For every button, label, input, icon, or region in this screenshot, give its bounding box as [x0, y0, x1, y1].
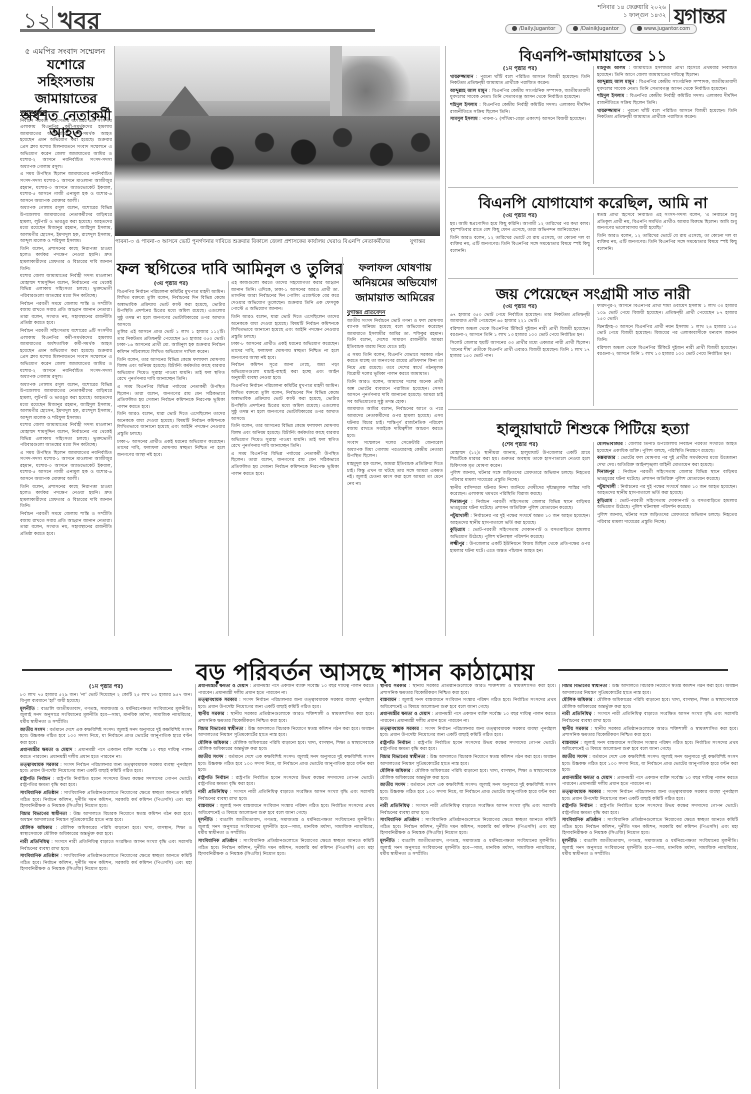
- story-headline: ফলাফল ঘোষণায় অনিয়মের অভিযোগ জামায়াত আ…: [345, 261, 445, 306]
- paragraph: বিচার বিভাগের স্বাধীনতা : উচ্চ আদালতে বি…: [198, 727, 374, 740]
- paragraph: নির্বাচন কমিশন সূত্রে জানা গেছে, জমা পড়…: [231, 363, 339, 383]
- byline: যশোর ব্যুরো: [20, 110, 112, 117]
- masthead: ১২ খবর শনিবার ১৪ ফেব্রুয়ারি ২০২৬ ১ ফাল্…: [0, 0, 751, 36]
- story-divider: [448, 409, 738, 410]
- paragraph-lead: নারী প্রতিনিধিত্ব: [562, 712, 592, 717]
- paragraph-text: পাবনা-১ (সাঁথিয়া-বেড়া একাংশ) আসনে বিজয…: [482, 117, 586, 122]
- right-story-2-col-2: স্বতন্ত্র প্রার্থী হিসেবে নির্বাচিত এই স…: [597, 213, 737, 275]
- paragraph: অধ্যাপক গোলাম রসুল বলেন, যশোরের বিভিন্ন …: [20, 383, 112, 423]
- paragraph: তত্ত্বাবধায়ক সরকার : সংসদ নির্বাচন পরিচ…: [380, 727, 556, 740]
- paragraph: ঝিনাইদহ-৩ আসনে বিএনপির প্রার্থী নয়ন ইসল…: [597, 325, 737, 345]
- paragraph-lead: স্থানীয় সরকার: [562, 727, 588, 732]
- paragraph: মূলনীতি : বাঙালি জাতীয়তাবাদ, গণতন্ত্র, …: [198, 818, 374, 838]
- story-divider: [448, 187, 738, 188]
- paragraph-lead: শহিদুল ইসলাম: [450, 103, 477, 108]
- paragraph: শহিদুল ইসলাম : বিএনপির কেন্দ্রীয় নির্বা…: [450, 103, 590, 116]
- paragraph-text: উপজেলার একটি ইউনিয়নে বিজয় মিছিল থেকে প…: [450, 542, 590, 554]
- paragraph: সাংবিধানিক প্রতিষ্ঠান : সাংবিধানিক প্রতি…: [20, 791, 192, 811]
- continued-label: (শেষ পৃষ্ঠার পর): [450, 442, 590, 449]
- header-rule: [20, 29, 375, 32]
- paragraph-lead: পটুয়াখালী: [597, 485, 616, 490]
- continued-label: (৩য় পৃষ্ঠার পর): [450, 213, 590, 220]
- paragraph: মৌলিক অধিকার : মৌলিক অধিকারের পরিধি বাড়…: [380, 769, 556, 782]
- paragraph: বিচার বিভাগের স্বাধীনতা : উচ্চ আদালতে বি…: [380, 755, 556, 768]
- paragraph: আব্দুল্লাহ আল মামুন : বিএনপির কেন্দ্রীয়…: [450, 89, 590, 102]
- paragraph-lead: বাস্তবায়ন: [198, 804, 215, 809]
- paragraph-text: স্থানীয় সরকার প্রতিষ্ঠানগুলোকে আরও শক্ত…: [562, 727, 738, 739]
- section-title: খবর: [58, 3, 100, 43]
- paragraph-text: বাঙালি জাতীয়তাবাদ, গণতন্ত্র, সমাজতন্ত্র…: [20, 707, 192, 725]
- paragraph-lead: লক্ষ্মীপুর: [450, 542, 464, 547]
- paragraph-text: জুলাই সনদ বাস্তবায়নে সংবিধান সংস্কার পর…: [198, 804, 374, 816]
- paragraph: কক্সবাজার : ভোটের ফল ঘোষণার পর দুই প্রার…: [597, 456, 737, 469]
- paragraph: পুলিশ জানায়, ঘটনার সঙ্গে জড়িতদের গ্রেফ…: [597, 513, 737, 526]
- paragraph-lead: তত্ত্বাবধায়ক সরকার: [562, 790, 601, 795]
- paragraph: স্থানীয় সরকার : স্থানীয় সরকার প্রতিষ্ঠ…: [380, 684, 556, 697]
- paragraph-lead: রাষ্ট্রপতি নির্বাচন: [562, 804, 593, 809]
- paragraph: বিএনপির নির্বাচন পরিচালনা কমিটির মুখপাত্…: [231, 384, 339, 424]
- paragraph-text: ভোট-পরবর্তী সহিংসতায় দোকানপাট ও বসতবাড়…: [597, 499, 737, 511]
- right-story-4-col-1: (শেষ পৃষ্ঠার পর) মোহাম্মদ (১২)। স্থানীয়…: [450, 442, 590, 636]
- paragraph: নারী প্রতিনিধিত্ব : সংসদে নারী প্রতিনিধি…: [380, 804, 556, 817]
- paragraph: মাহমুদুল হক বলেন, আমরা ইতিবাচক প্রতিক্রি…: [347, 462, 443, 488]
- paragraph: রাষ্ট্রপতি নির্বাচন : রাষ্ট্রপতি নির্বাচ…: [198, 776, 374, 789]
- paragraph-text: স্থানীয় সরকার প্রতিষ্ঠানগুলোকে আরও শক্ত…: [198, 712, 374, 724]
- twitter-icon: [512, 26, 517, 31]
- paragraph: স্থানীয় সরকার : স্থানীয় সরকার প্রতিষ্ঠ…: [562, 727, 738, 740]
- left-story-body: যশোর ব্যুরো নির্বাচন পরবর্তী সহিংসতায় য…: [20, 110, 112, 632]
- paragraph: রাষ্ট্রপতি নির্বাচন : রাষ্ট্রপতি নির্বাচ…: [20, 777, 192, 790]
- paragraph: সামসুল ইসলাম : পাবনা-১ (সাঁথিয়া-বেড়া এ…: [450, 117, 590, 124]
- right-story-1-col-1: (১ম পৃষ্ঠার পর) খায়রুজ্জামান : পুরনো ঘা…: [450, 66, 590, 184]
- paragraph: নারী প্রতিনিধিত্ব : সংসদে নারী প্রতিনিধি…: [562, 712, 738, 725]
- paragraph: বাস্তবায়ন : জুলাই সনদ বাস্তবায়নে সংবিধ…: [198, 804, 374, 817]
- continued-label: (৩য় পৃষ্ঠার পর): [117, 281, 225, 288]
- social-label: /Daily.Jugantor: [519, 26, 555, 32]
- paragraph: প্রধানমন্ত্রীর ক্ষমতা ও মেয়াদ : প্রধানম…: [562, 776, 738, 789]
- paragraph: পটুয়াখালী : নির্বাচনের পর দুই পক্ষের সং…: [597, 485, 737, 498]
- paragraph: জাতীয় সংসদ : বর্তমানে দেশে এক কক্ষবিশিষ…: [380, 783, 556, 803]
- paragraph: বরিশাল অঞ্চল থেকে বিএনপির টিকিটে দুইজন ন…: [450, 327, 590, 340]
- paragraph-lead: তত্ত্বাবধায়ক সরকার: [380, 727, 419, 732]
- paragraph-lead: মূলনীতি: [20, 707, 35, 712]
- paragraph-lead: জাতীয় সংসদ: [20, 728, 45, 733]
- paragraph: দিনাজপুর : নির্বাচন পরবর্তী সহিংসতায় জে…: [597, 470, 737, 483]
- paragraph: নির্বাচন পরবর্তী সময়ে জেলায় শান্তি ও স…: [20, 512, 112, 538]
- paragraph: নারী প্রতিনিধিত্ব : সংসদে নারী প্রতিনিধি…: [198, 790, 374, 803]
- paragraph: সিলেট জেলার ছয়টি আসনের ৩৩ প্রার্থীর মধ্…: [450, 341, 590, 361]
- paragraph: মূলনীতি : বাঙালি জাতীয়তাবাদ, গণতন্ত্র, …: [380, 839, 556, 859]
- paragraph: এ সময় বিএনপির বিভিন্ন পর্যায়ের নেতাকর্…: [117, 385, 225, 411]
- photo-credit: যুগান্তর: [410, 239, 425, 247]
- paragraph-lead: মৌলিক অধিকার: [380, 769, 410, 774]
- paragraph: যশোর জেলা জামায়াতের নির্বাহী সদস্য মাওল…: [20, 423, 112, 449]
- paragraph: মাহফুজ আলম : জামায়াতে ইসলামীর প্রার্থী …: [597, 66, 737, 79]
- paragraph-lead: মূলনীতি: [562, 839, 577, 844]
- paragraph-lead: রাষ্ট্রপতি নির্বাচন: [20, 777, 50, 782]
- paragraph-lead: রাষ্ট্রপতি নির্বাচন: [380, 741, 411, 746]
- divider: [52, 6, 53, 28]
- paragraph-lead: সাংবিধানিক প্রতিষ্ঠান: [562, 818, 601, 823]
- column-divider: [228, 281, 229, 636]
- paragraph: দিনাজপুর : নির্বাচন পরবর্তী সহিংসতায় জে…: [450, 500, 590, 513]
- paragraph-lead: খায়রুজ্জামান: [450, 75, 473, 80]
- date-block: শনিবার ১৪ ফেব্রুয়ারি ২০২৬ ১ ফাল্গুন ১৪৩…: [560, 4, 666, 20]
- paragraph: অধ্যাপক গোলাম রসুল বলেন, যশোরের বিভিন্ন …: [20, 206, 112, 246]
- paragraph: তিনি আরও বলেন, যারা ভোট দিতে এসেছিলেন তা…: [231, 315, 339, 341]
- paragraph: প্রধানমন্ত্রীর ক্ষমতা ও মেয়াদ : প্রধানম…: [380, 712, 556, 725]
- column-divider: [377, 684, 378, 1089]
- column-divider: [593, 213, 594, 275]
- paragraph: রাষ্ট্রপতি নির্বাচন : রাষ্ট্রপতি নির্বাচ…: [562, 804, 738, 817]
- paragraph-text: জুলাই সনদ বাস্তবায়নে সংবিধান সংস্কার পর…: [562, 741, 738, 753]
- paragraph-lead: বিচার বিভাগের স্বাধীনতা: [562, 684, 607, 689]
- paragraph-text: বর্তমানে দেশে এক কক্ষবিশিষ্ট সংসদ। জুলাই…: [562, 755, 738, 773]
- column-divider: [195, 684, 196, 1089]
- paragraph-lead: মাহফুজ আলম: [597, 66, 625, 71]
- jamaat-story-body: যুগান্তর প্রতিবেদন জাতীয় সংসদ নির্বাচনে…: [347, 310, 443, 636]
- paragraph: মোহাম্মদ (১২)। স্থানীয়রা জানায়, হালুয়…: [450, 451, 590, 471]
- paragraph-lead: সামসুল ইসলাম: [450, 117, 478, 122]
- column-divider: [559, 684, 560, 1089]
- column-divider: [593, 442, 594, 636]
- paragraph-lead: কুড়িগ্রাম: [597, 499, 612, 504]
- bottom-story-col-3: স্থানীয় সরকার : স্থানীয় সরকার প্রতিষ্ঠ…: [380, 684, 556, 1089]
- paragraph-lead: রাষ্ট্রপতি নির্বাচন: [198, 776, 229, 781]
- social-label: www.jugantor.com: [644, 26, 690, 32]
- story-headline: হালুয়াঘাটে শিশুকে পিটিয়ে হত্যা: [448, 418, 738, 443]
- paragraph: ফরিদপুর-২ আসনে বিএনপির প্রার্থী শামা ওবা…: [597, 304, 737, 324]
- paragraph: তুলির এই আসনে প্রাপ্ত ভোট ১ লাখ ১ হাজার …: [117, 330, 225, 356]
- paragraph: এই কাজগুলো করতে তাদের সহযোগিতা করার আহ্ব…: [231, 281, 339, 314]
- paragraph: নির্বাচন পরবর্তী সহিংসতায় যশোরের ৬টি সং…: [20, 119, 112, 172]
- paragraph: স্থানীয় বাসিন্দারা ঘটনার নিন্দা জানিয়ে…: [450, 486, 590, 499]
- headline-rule: [558, 669, 728, 671]
- news-photo: [115, 46, 440, 236]
- paragraph-text: ভোটের ফল ঘোষণার পর দুই প্রার্থীর সমর্থকদ…: [597, 456, 737, 468]
- paragraph: মৌলিক অধিকার : মৌলিক অধিকারের পরিধি বাড়…: [20, 826, 192, 839]
- paragraph-lead: বাস্তবায়ন: [562, 741, 579, 746]
- paragraph: ঢাকা-৮ আসনের প্রার্থীও একই ধরনের অভিযোগ …: [231, 342, 339, 362]
- story-headline: ফল স্থগিতের দাবি আমিনুল ও তুলির: [115, 257, 345, 283]
- paragraph: বিএনপির নির্বাচন পরিচালনা কমিটির মুখপাত্…: [117, 290, 225, 330]
- page-number: ১২: [23, 4, 52, 41]
- paragraph-lead: দিনাজপুর: [597, 470, 615, 475]
- paragraph: বরিশাল অঞ্চল থেকে বিএনপির টিকিটে দুইজন ন…: [597, 346, 737, 359]
- paragraph-lead: প্রধানমন্ত্রীর ক্ষমতা ও মেয়াদ: [198, 684, 248, 689]
- paragraph-lead: খায়রুজ্জামান: [597, 109, 620, 114]
- paragraph-lead: প্রধানমন্ত্রীর ক্ষমতা ও মেয়াদ: [20, 748, 72, 753]
- paragraph: খায়রুজ্জামান : পুরনো ঘাঁটি বলে পরিচিত আ…: [450, 75, 590, 88]
- right-story-4-col-2: মৌলভীবাজার : জেলার তিনটি উপজেলায় নির্বা…: [597, 442, 737, 636]
- paragraph: ৬৭ হাজার ৩৫০ ভোট পেয়ে নির্বাচিত হয়েছেন…: [450, 313, 590, 326]
- paragraph-lead: আব্দুল্লাহ আল মামুন: [597, 80, 634, 85]
- divider: [669, 4, 670, 22]
- paragraph-lead: দিনাজপুর: [450, 500, 468, 505]
- paragraph-lead: প্রধানমন্ত্রীর ক্ষমতা ও মেয়াদ: [562, 776, 612, 781]
- paragraph: তত্ত্বাবধায়ক সরকার : সংসদ নির্বাচন পরিচ…: [198, 698, 374, 711]
- paragraph-lead: সাংবিধানিক প্রতিষ্ঠান: [198, 839, 237, 844]
- paragraph-text: বর্তমানে দেশে এক কক্ষবিশিষ্ট সংসদ। জুলাই…: [198, 755, 374, 773]
- paragraph-lead: বাস্তবায়ন: [380, 698, 397, 703]
- paragraph: এ সময় উপস্থিত ছিলেন জামায়াতের নবনির্বা…: [20, 172, 112, 205]
- paragraph-lead: সাংবিধানিক প্রতিষ্ঠান: [20, 854, 59, 859]
- paragraph-text: বাঙালি জাতীয়তাবাদ, গণতন্ত্র, সমাজতন্ত্র…: [198, 818, 374, 836]
- continued-label: (১ম পৃষ্ঠার পর): [20, 684, 192, 691]
- paragraph-lead: বিচার বিভাগের স্বাধীনতা: [198, 727, 243, 732]
- paragraph: মূলনীতি : বাঙালি জাতীয়তাবাদ, গণতন্ত্র, …: [20, 707, 192, 727]
- paragraph: মৌলিক অধিকার : মৌলিক অধিকারের পরিধি বাড়…: [198, 741, 374, 754]
- paragraph: তিনি বলেন, প্রশাসনের কাছে নিরাপত্তা চাওয…: [20, 485, 112, 511]
- paragraph: প্রধানমন্ত্রীর ক্ষমতা ও মেয়াদ : প্রধানম…: [20, 748, 192, 761]
- paragraph: তত্ত্বাবধায়ক সরকার : সংসদ নির্বাচন পরিচ…: [20, 763, 192, 776]
- paragraph: তিনি বলেন, প্রশাসনের কাছে নিরাপত্তা চাওয…: [20, 247, 112, 273]
- paragraph: মৌলভীবাজার : জেলার তিনটি উপজেলায় নির্বা…: [597, 442, 737, 455]
- paragraph: শহিদুল ইসলাম : বিএনপির কেন্দ্রীয় নির্বা…: [597, 94, 737, 107]
- paragraph: তিনি বলেন, তার আসনের বিভিন্ন কেন্দ্রে ফল…: [117, 358, 225, 384]
- paragraph: তিনি বলেন, তার আসনের বিভিন্ন কেন্দ্রে ফল…: [231, 424, 339, 450]
- paragraph: মৌলিক অধিকার : মৌলিক অধিকারের পরিধি বাড়…: [562, 698, 738, 711]
- right-story-2-col-1: (৩য় পৃষ্ঠার পর) হয়। আমি স্বপ্রণোদিত হয…: [450, 213, 590, 275]
- paragraph: আব্দুল্লাহ আল মামুন : বিএনপির কেন্দ্রীয়…: [597, 80, 737, 93]
- paragraph-lead: স্থানীয় সরকার: [198, 712, 224, 717]
- paragraph-lead: সাংবিধানিক প্রতিষ্ঠান: [380, 818, 419, 823]
- paragraph: তিনি আরও বলেন, আমাদের দলের অনেক প্রার্থী…: [347, 380, 443, 406]
- paragraph-lead: তত্ত্বাবধায়ক সরকার: [198, 698, 237, 703]
- paragraph: জাতীয় সংসদ : বর্তমানে দেশে এক কক্ষবিশিষ…: [198, 755, 374, 775]
- headline-rule: [22, 669, 172, 671]
- right-story-3-col-2: ফরিদপুর-২ আসনে বিএনপির প্রার্থী শামা ওবা…: [597, 304, 737, 406]
- right-story-3-col-1: (৩য় পৃষ্ঠার পর) ৬৭ হাজার ৩৫০ ভোট পেয়ে …: [450, 304, 590, 406]
- bottom-story-col-2: প্রধানমন্ত্রীর ক্ষমতা ও মেয়াদ : প্রধানম…: [198, 684, 374, 1089]
- paragraph-text: নির্বাচনের পর দুই পক্ষের সংঘর্ষে অন্তত ১…: [597, 485, 737, 497]
- paragraph-lead: আব্দুল্লাহ আল মামুন: [450, 89, 487, 94]
- paragraph: বাস্তবায়ন : জুলাই সনদ বাস্তবায়নে সংবিধ…: [562, 741, 738, 754]
- paragraph: নির্বাচন পরবর্তী সহিংসতায় যশোরের ৬টি সং…: [20, 329, 112, 382]
- paragraph-lead: মৌলভীবাজার: [597, 442, 623, 447]
- social-label: /DainikJugantor: [580, 26, 619, 32]
- paragraph-lead: নারী প্রতিনিধিত্ব: [380, 804, 410, 809]
- paragraph: জাতীয় সংসদ : বর্তমানে দেশে এক কক্ষবিশিষ…: [562, 755, 738, 775]
- paragraph: লক্ষ্মীপুর : উপজেলার একটি ইউনিয়নে বিজয়…: [450, 542, 590, 555]
- paragraph-lead: নারী প্রতিনিধিত্ব: [20, 840, 49, 845]
- paragraph-lead: পটুয়াখালী: [450, 514, 469, 519]
- paragraph: সাংবিধানিক প্রতিষ্ঠান : সাংবিধানিক প্রতি…: [562, 818, 738, 838]
- paragraph: মূলনীতি : বাঙালি জাতীয়তাবাদ, গণতন্ত্র, …: [562, 839, 738, 859]
- paragraph-text: নির্বাচন পরবর্তী সহিংসতায় জেলার বিভিন্ন…: [597, 470, 737, 482]
- paragraph-lead: মূলনীতি: [380, 839, 395, 844]
- paragraph-lead: মৌলিক অধিকার: [198, 741, 228, 746]
- paragraph: যশোর জেলা জামায়াতের নির্বাহী সদস্য মাওল…: [20, 274, 112, 300]
- paragraph-lead: নারী প্রতিনিধিত্ব: [198, 790, 228, 795]
- paragraph: হয়। আমি স্বপ্রণোদিত হয়ে কিছু করিনি। আগ…: [450, 222, 590, 235]
- paragraph-text: স্থানীয় সরকার প্রতিষ্ঠানগুলোকে আরও শক্ত…: [380, 684, 556, 696]
- date-gregorian: শনিবার ১৪ ফেব্রুয়ারি ২০২৬: [560, 4, 666, 12]
- paragraph: তিনি আরও বলেন, ১২ তারিখের ভোটে যে রায় এ…: [450, 236, 590, 256]
- column-divider: [342, 257, 343, 636]
- continued-label: (৩য় পৃষ্ঠার পর): [450, 304, 590, 311]
- photo-caption: পাবনা-৩ ও পাবনা-৩ আসনে ভোট পুনর্গণনার দা…: [115, 239, 440, 247]
- paragraph: সাংবিধানিক প্রতিষ্ঠান : সাংবিধানিক প্রতি…: [380, 818, 556, 838]
- paragraph-lead: প্রধানমন্ত্রীর ক্ষমতা ও মেয়াদ: [380, 712, 430, 717]
- paragraph: তিনি আরও বলেন, ১২ তারিখের ভোটে যে রায় এ…: [597, 234, 737, 254]
- paragraph: খায়রুজ্জামান : পুরনো ঘাঁটি বলে পরিচিত আ…: [597, 109, 737, 122]
- paragraph: সাংবিধানিক প্রতিষ্ঠান : সাংবিধানিক প্রতি…: [198, 839, 374, 859]
- paragraph: স্থানীয় সরকার : স্থানীয় সরকার প্রতিষ্ঠ…: [198, 712, 374, 725]
- paragraph-lead: জাতীয় সংসদ: [562, 755, 587, 760]
- paragraph: প্রধানমন্ত্রীর ক্ষমতা ও মেয়াদ : প্রধানম…: [198, 684, 374, 697]
- bottom-story-col-4: বিচার বিভাগের স্বাধীনতা : উচ্চ আদালতে বি…: [562, 684, 738, 1089]
- social-link-twitter[interactable]: /Daily.Jugantor: [505, 24, 562, 34]
- paragraph: জাতীয় সংসদ : বর্তমানে দেশে এক কক্ষবিশিষ…: [20, 728, 192, 748]
- paragraph-lead: জাতীয় সংসদ: [198, 755, 223, 760]
- column-divider: [445, 46, 446, 636]
- paragraph: জামায়াত আমির বলেন, নির্বাচনের আগে ও পরে…: [347, 407, 443, 440]
- social-link-website[interactable]: www.jugantor.com: [630, 24, 697, 34]
- center-story-col-2: এই কাজগুলো করতে তাদের সহযোগিতা করার আহ্ব…: [231, 281, 339, 636]
- social-link-facebook[interactable]: /DainikJugantor: [566, 24, 626, 34]
- paragraph-lead: সাংবিধানিক প্রতিষ্ঠান: [20, 791, 59, 796]
- paragraph: বিচার বিভাগের স্বাধীনতা : উচ্চ আদালতে বি…: [562, 684, 738, 697]
- byline: যুগান্তর প্রতিবেদন: [347, 310, 443, 317]
- continued-label: (১ম পৃষ্ঠার পর): [450, 66, 590, 73]
- web-icon: [637, 26, 642, 31]
- center-story-col-1: (৩য় পৃষ্ঠার পর) বিএনপির নির্বাচন পরিচাল…: [117, 281, 225, 636]
- column-divider: [593, 66, 594, 184]
- paragraph-lead: জাতীয় সংসদ: [380, 783, 405, 788]
- paragraph-text: জুলাই সনদ বাস্তবায়নে সংবিধান সংস্কার পর…: [380, 698, 556, 710]
- paragraph-text: নির্বাচন পরবর্তী সহিংসতায় জেলার বিভিন্ন…: [450, 500, 590, 512]
- paragraph: এ সময় তিনি বলেন, বিএনপি যেভাবে সরকার গঠ…: [347, 353, 443, 379]
- paragraph: তিনি আরও বলেন, যারা ভোট দিতে এসেছিলেন তা…: [117, 412, 225, 438]
- paragraph-text: বর্তমানে দেশে এক কক্ষবিশিষ্ট সংসদ। জুলাই…: [20, 728, 192, 746]
- paragraph: সাংবিধানিক প্রতিষ্ঠান : সাংবিধানিক প্রতি…: [20, 854, 192, 874]
- paragraph: নারী প্রতিনিধিত্ব : সংসদে নারী প্রতিনিধি…: [20, 840, 192, 853]
- paragraph-lead: শহিদুল ইসলাম: [597, 94, 624, 99]
- paragraph: এ সময় বিএনপির বিভিন্ন পর্যায়ের নেতাকর্…: [231, 452, 339, 478]
- social-links: /Daily.Jugantor /DainikJugantor www.juga…: [505, 24, 697, 34]
- paragraph: রাষ্ট্রপতি নির্বাচন : রাষ্ট্রপতি নির্বাচ…: [380, 741, 556, 754]
- paragraph-lead: মূলনীতি: [198, 818, 213, 823]
- paragraph-lead: স্থানীয় সরকার: [380, 684, 406, 689]
- paragraph: জাতীয় সংসদ নির্বাচনে ভোট গণনা ও ফল ঘোষণ…: [347, 319, 443, 352]
- paragraph: নির্বাচন পরবর্তী সময়ে জেলায় শান্তি ও স…: [20, 302, 112, 328]
- paragraph: কুড়িগ্রাম : ভোট-পরবর্তী সহিংসতায় দোকান…: [450, 528, 590, 541]
- facebook-icon: [573, 26, 578, 31]
- paragraph-text: বর্তমানে দেশে এক কক্ষবিশিষ্ট সংসদ। জুলাই…: [380, 783, 556, 801]
- paragraph-lead: কক্সবাজার: [597, 456, 615, 461]
- paragraph: স্বতন্ত্র প্রার্থী হিসেবে নির্বাচিত এই স…: [597, 213, 737, 233]
- paragraph: পটুয়াখালী : নির্বাচনের পর দুই পক্ষের সং…: [450, 514, 590, 527]
- paragraph: ৮০ লাখ ৭৫ হাজার ৫২৯ জন। 'না' ভোট দিয়েছে…: [20, 693, 192, 706]
- paragraph-text: ভোট-পরবর্তী সহিংসতায় দোকানপাট ও বসতবাড়…: [450, 528, 590, 540]
- paragraph: পুলিশ জানায়, ঘটনার সঙ্গে জড়িতদের গ্রেফ…: [450, 471, 590, 484]
- paragraph-lead: মৌলিক অধিকার: [20, 826, 52, 831]
- column-divider: [593, 304, 594, 406]
- paragraph-text: বাঙালি জাতীয়তাবাদ, গণতন্ত্র, সমাজতন্ত্র…: [562, 839, 738, 857]
- paragraph: বাস্তবায়ন : জুলাই সনদ বাস্তবায়নে সংবিধ…: [380, 698, 556, 711]
- date-bangla: ১ ফাল্গুন ১৪৩২: [560, 12, 666, 20]
- paragraph: ঢাকা-৮ আসনের প্রার্থীও একই ধরনের অভিযোগ …: [117, 440, 225, 460]
- paragraph-text: নির্বাচনের পর দুই পক্ষের সংঘর্ষে অন্তত ১…: [450, 514, 590, 526]
- story-divider: [448, 278, 738, 279]
- paragraph: কুড়িগ্রাম : ভোট-পরবর্তী সহিংসতায় দোকান…: [597, 499, 737, 512]
- paragraph-lead: বিচার বিভাগের স্বাধীনতা: [20, 812, 67, 817]
- bottom-story-col-1: (১ম পৃষ্ঠার পর) ৮০ লাখ ৭৫ হাজার ৫২৯ জন। …: [20, 684, 192, 1089]
- paragraph: সংবাদ সম্মেলনে দলের সেক্রেটারি জেনারেল অ…: [347, 441, 443, 461]
- paragraph: এ সময় উপস্থিত ছিলেন জামায়াতের নবনির্বা…: [20, 451, 112, 484]
- paragraph-lead: তত্ত্বাবধায়ক সরকার: [20, 763, 58, 768]
- paragraph-lead: কুড়িগ্রাম: [450, 528, 465, 533]
- photo-crowd: [115, 116, 440, 236]
- paragraph: বিচার বিভাগের স্বাধীনতা : উচ্চ আদালতে বি…: [20, 812, 192, 825]
- paragraph: তত্ত্বাবধায়ক সরকার : সংসদ নির্বাচন পরিচ…: [562, 790, 738, 803]
- paragraph-text: বাঙালি জাতীয়তাবাদ, গণতন্ত্র, সমাজতন্ত্র…: [380, 839, 556, 857]
- paragraph-lead: মৌলিক অধিকার: [562, 698, 592, 703]
- paragraph-lead: বিচার বিভাগের স্বাধীনতা: [380, 755, 425, 760]
- right-story-1-col-2: মাহফুজ আলম : জামায়াতে ইসলামীর প্রার্থী …: [597, 66, 737, 184]
